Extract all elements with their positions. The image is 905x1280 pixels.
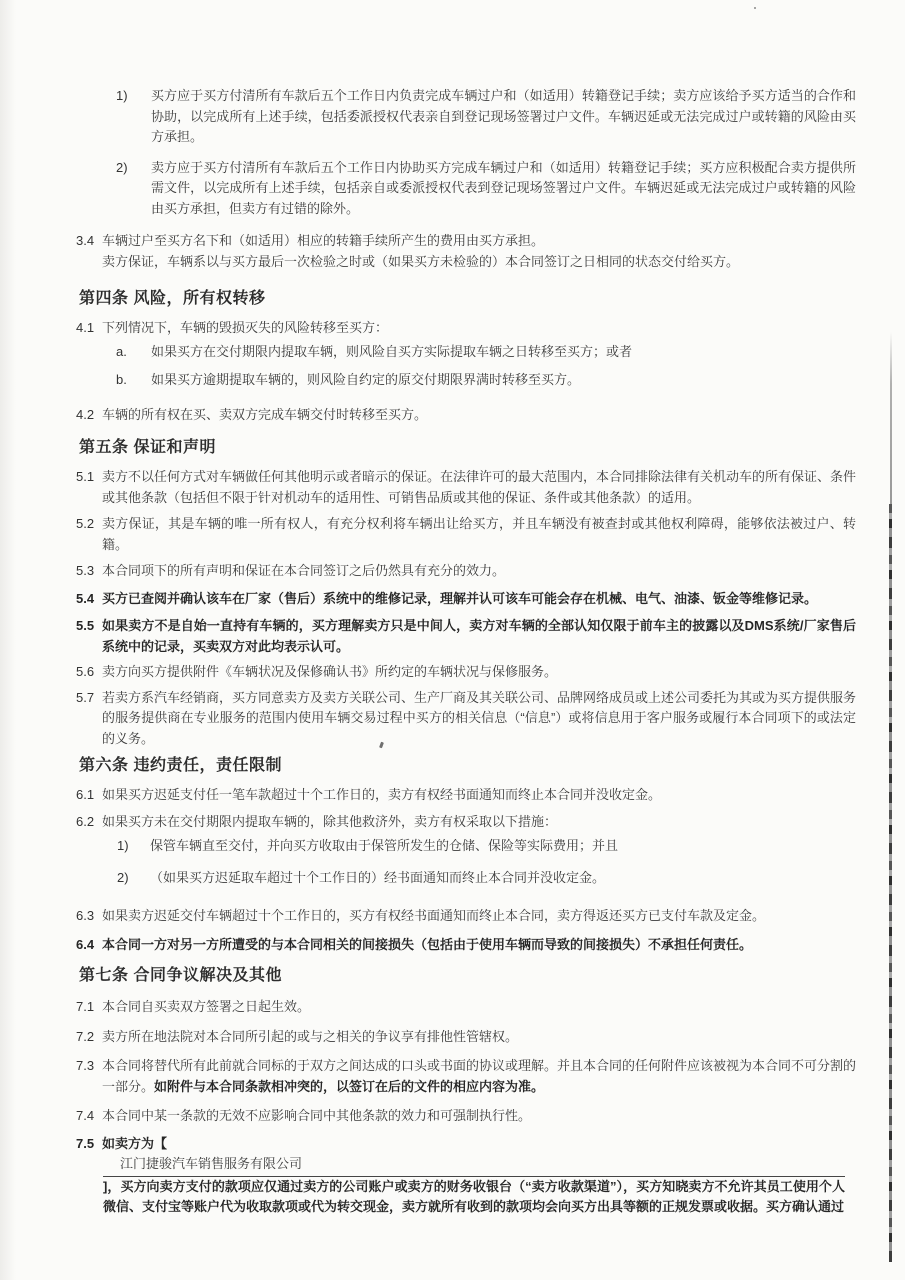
clause-4-1-b: b. 如果买方逾期提取车辆的，则风险自约定的原交付期限界满时转移至买方。 [116,370,856,391]
clause-text: 本合同自买卖双方签署之日起生效。 [102,997,856,1018]
clause-text-emphasis: 如附件与本合同条款相冲突的，以签订在后的文件的相应内容为准。 [154,1079,544,1094]
clause-number: 3.4 [76,231,102,272]
clause-number: 4.1 [76,318,102,339]
clause-6-2-sub-2: 2) （如果买方迟延取车超过十个工作日的）经书面通知而终止本合同并没收定金。 [117,868,856,889]
clause-3-4: 3.4 车辆过户至买方名下和（如适用）相应的转籍手续所产生的费用由买方承担。 卖… [76,231,856,272]
seller-company-name-underlined: 江门捷骏汽车销售服务有限公司 [103,1154,845,1177]
item-text: 如果买方逾期提取车辆的，则风险自约定的原交付期限界满时转移至买方。 [151,370,580,391]
item-text: 保管车辆直至交付，并向买方收取由于保管所发生的仓储、保险等实际费用；并且 [150,836,618,857]
clause-4-2: 4.2 车辆的所有权在买、卖双方完成车辆交付时转移至买方。 [76,405,856,426]
ink-speck [646,1208,648,1210]
clause-7-5: 7.5 如卖方为【 江门捷骏汽车销售服务有限公司 ]，买方向卖方支付的款项应仅通… [76,1134,856,1218]
clause-6-2-sub-1: 1) 保管车辆直至交付，并向买方收取由于保管所发生的仓储、保险等实际费用；并且 [117,836,856,857]
clause-4-1: 4.1 下列情况下，车辆的毁损灭失的风险转移至买方： [76,318,856,339]
item-number: 2) [116,158,151,220]
clause-number: 5.3 [76,561,102,582]
clause-number: 7.2 [76,1027,102,1048]
paper-left-shade [0,0,16,1280]
clause-7-5-lead: 7.5 如卖方为【 [76,1134,856,1155]
item-text: （如果买方迟延取车超过十个工作日的）经书面通知而终止本合同并没收定金。 [150,868,605,889]
contract-body: 1) 买方应于买方付清所有车款后五个工作日内负责完成车辆过户和（如适用）转籍登记… [76,86,856,1218]
heading-article-4: 第四条 风险，所有权转移 [79,288,856,310]
clause-lead-text: 如卖方为【 [102,1134,856,1155]
clause-5-7: 5.7 若卖方系汽车经销商，买方同意卖方及卖方关联公司、生产厂商及其关联公司、品… [76,688,856,750]
transfer-item-2: 2) 卖方应于买方付清所有车款后五个工作日内协助买方完成车辆过户和（如适用）转籍… [116,158,856,220]
clause-text: 如果卖方迟延交付车辆超过十个工作日的，买方有权经书面通知而终止本合同，卖方得返还… [102,906,856,927]
company-name: 江门捷骏汽车销售服务有限公司 [120,1154,845,1175]
clause-6-2: 6.2 如果买方未在交付期限内提取车辆的，除其他救济外，卖方有权采取以下措施： … [76,812,856,889]
clause-7-1: 7.1 本合同自买卖双方签署之日起生效。 [76,997,856,1018]
clause-4-1-a: a. 如果买方在交付期限内提取车辆，则风险自买方实际提取车辆之日转移至买方；或者 [116,342,856,363]
clause-number: 7.4 [76,1106,102,1127]
clause-number: 5.2 [76,514,102,555]
clause-number: 6.1 [76,785,102,806]
clause-text: 卖方所在地法院对本合同所引起的或与之相关的争议享有排他性管辖权。 [102,1027,856,1048]
clause-number: 7.3 [76,1056,102,1097]
clause-6-3: 6.3 如果卖方迟延交付车辆超过十个工作日的，买方有权经书面通知而终止本合同，卖… [76,906,856,927]
scan-edge-line-top [890,332,892,504]
clause-text: 如果买方迟延支付任一笔车款超过十个工作日的，卖方有权经书面通知而终止本合同并没收… [102,785,856,806]
clause-number: 5.4 [76,589,102,610]
heading-article-6: 第六条 违约责任，责任限制 [79,755,856,777]
clause-text: 本合同项下的所有声明和保证在本合同签订之后仍然具有充分的效力。 [102,561,856,582]
clause-number: 6.2 [76,812,102,889]
ink-speck [754,7,756,9]
clause-text: 如果卖方不是自始一直持有车辆的，买方理解卖方只是中间人，卖方对车辆的全部认知仅限… [102,616,856,657]
clause-6-4: 6.4 本合同一方对另一方所遭受的与本合同相关的间接损失（包括由于使用车辆而导致… [76,935,856,956]
clause-number: 5.1 [76,467,102,508]
clause-7-3: 7.3 本合同将替代所有此前就合同标的于双方之间达成的口头或书面的协议或理解。并… [76,1056,856,1097]
clause-7-5-continuation: ]，买方向卖方支付的款项应仅通过卖方的公司账户或卖方的财务收银台（“卖方收款渠道… [103,1177,845,1218]
clause-number: 4.2 [76,405,102,426]
clause-text: 下列情况下，车辆的毁损灭失的风险转移至买方： [102,318,856,339]
clause-text: 卖方向买方提供附件《车辆状况及保修确认书》所约定的车辆状况与保修服务。 [102,662,856,683]
item-number: b. [116,370,151,391]
item-number: 2) [117,868,150,889]
clause-number: 7.5 [76,1134,102,1155]
clause-number: 5.7 [76,688,102,750]
clause-7-4: 7.4 本合同中某一条款的无效不应影响合同中其他条款的效力和可强制执行性。 [76,1106,856,1127]
clause-text: 本合同中某一条款的无效不应影响合同中其他条款的效力和可强制执行性。 [102,1106,856,1127]
clause-7-2: 7.2 卖方所在地法院对本合同所引起的或与之相关的争议享有排他性管辖权。 [76,1027,856,1048]
clause-6-1: 6.1 如果买方迟延支付任一笔车款超过十个工作日的，卖方有权经书面通知而终止本合… [76,785,856,806]
transfer-item-1: 1) 买方应于买方付清所有车款后五个工作日内负责完成车辆过户和（如适用）转籍登记… [116,86,856,148]
clause-number: 7.1 [76,997,102,1018]
clause-5-1: 5.1 卖方不以任何方式对车辆做任何其他明示或者暗示的保证。在法律许可的最大范围… [76,467,856,508]
clause-text-block: 如果买方未在交付期限内提取车辆的，除其他救济外，卖方有权采取以下措施： 1) 保… [102,812,856,889]
clause-text-block: 车辆过户至买方名下和（如适用）相应的转籍手续所产生的费用由买方承担。 卖方保证，… [102,231,856,272]
clause-5-5: 5.5 如果卖方不是自始一直持有车辆的，买方理解卖方只是中间人，卖方对车辆的全部… [76,616,856,657]
item-number: a. [116,342,151,363]
clause-text: 买方已查阅并确认该车在厂家（售后）系统中的维修记录，理解并认可该车可能会存在机械… [102,589,856,610]
clause-5-4: 5.4 买方已查阅并确认该车在厂家（售后）系统中的维修记录，理解并认可该车可能会… [76,589,856,610]
clause-text: ]，买方向卖方支付的款项应仅通过卖方的公司账户或卖方的财务收银台（“卖方收款渠道… [103,1177,845,1218]
heading-article-7: 第七条 合同争议解决及其他 [79,965,856,987]
clause-5-6: 5.6 卖方向买方提供附件《车辆状况及保修确认书》所约定的车辆状况与保修服务。 [76,662,856,683]
clause-number: 6.4 [76,935,102,956]
clause-text: 如果买方未在交付期限内提取车辆的，除其他救济外，卖方有权采取以下措施： [102,812,856,833]
item-number: 1) [116,86,151,148]
clause-text-block: 本合同将替代所有此前就合同标的于双方之间达成的口头或书面的协议或理解。并且本合同… [102,1056,856,1097]
clause-text: 卖方保证，其是车辆的唯一所有权人，有充分权利将车辆出让给买方，并且车辆没有被查封… [102,514,856,555]
item-text: 如果买方在交付期限内提取车辆，则风险自买方实际提取车辆之日转移至买方；或者 [151,342,632,363]
item-text: 卖方应于买方付清所有车款后五个工作日内协助买方完成车辆过户和（如适用）转籍登记手… [151,158,856,220]
clause-text: 卖方不以任何方式对车辆做任何其他明示或者暗示的保证。在法律许可的最大范围内，本合… [102,467,856,508]
scanned-contract-page: 1) 买方应于买方付清所有车款后五个工作日内负责完成车辆过户和（如适用）转籍登记… [0,0,905,1280]
item-number: 1) [117,836,150,857]
clause-text: 本合同一方对另一方所遭受的与本合同相关的间接损失（包括由于使用车辆而导致的间接损… [102,935,856,956]
clause-text: 车辆过户至买方名下和（如适用）相应的转籍手续所产生的费用由买方承担。 [102,231,856,252]
item-text: 买方应于买方付清所有车款后五个工作日内负责完成车辆过户和（如适用）转籍登记手续；… [151,86,856,148]
clause-text: 若卖方系汽车经销商，买方同意卖方及卖方关联公司、生产厂商及其关联公司、品牌网络成… [102,688,856,750]
clause-number: 6.3 [76,906,102,927]
scan-edge-line-bottom [889,504,892,1262]
clause-number: 5.6 [76,662,102,683]
heading-article-5: 第五条 保证和声明 [79,437,856,459]
clause-text: 卖方保证，车辆系以与买方最后一次检验之时或（如果买方未检验的）本合同签订之日相同… [102,252,856,273]
clause-5-2: 5.2 卖方保证，其是车辆的唯一所有权人，有充分权利将车辆出让给买方，并且车辆没… [76,514,856,555]
clause-text: 车辆的所有权在买、卖双方完成车辆交付时转移至买方。 [102,405,856,426]
clause-5-3: 5.3 本合同项下的所有声明和保证在本合同签订之后仍然具有充分的效力。 [76,561,856,582]
clause-number: 5.5 [76,616,102,657]
